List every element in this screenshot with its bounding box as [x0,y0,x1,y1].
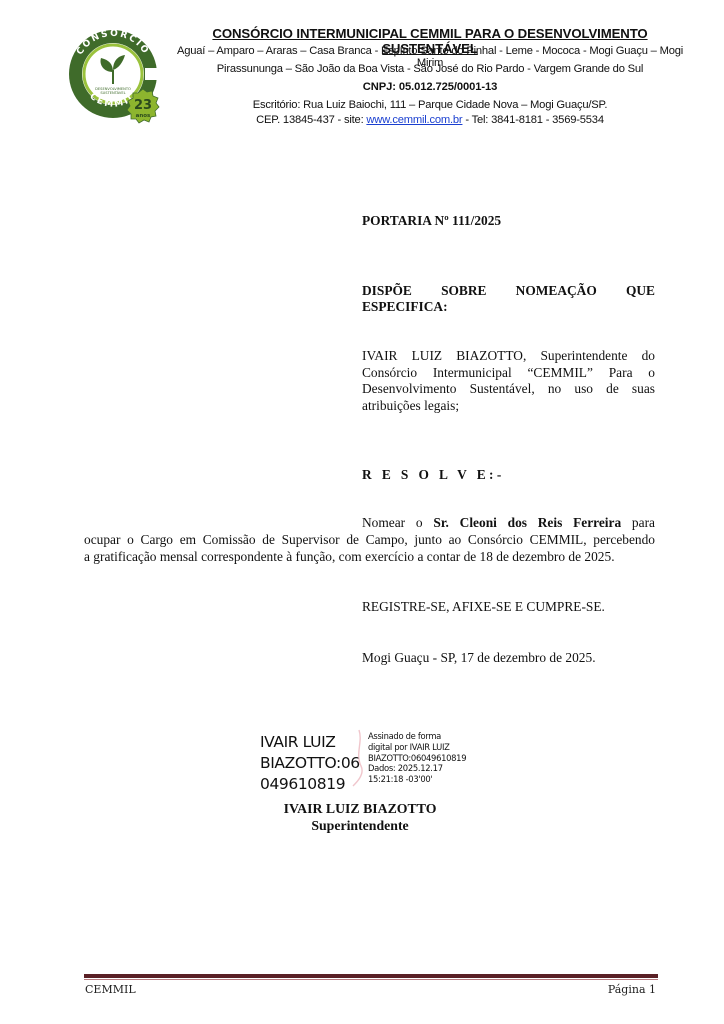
resolve-heading: R E S O L V E:- [362,467,655,483]
preamble-line: Consórcio Intermunicipal “CEMMIL” Para o [362,365,655,382]
preamble-line: Desenvolvimento Sustentável, no uso de s… [362,381,655,398]
preamble-line: atribuições legais; [362,398,655,415]
subject-line-2: ESPECIFICA: [362,299,655,315]
appointment-line-2: ocupar o Cargo em Comissão de Supervisor… [84,532,655,548]
contact-line: CEP. 13845-437 - site: www.cemmil.com.br… [172,114,688,126]
phone-numbers: - Tel: 3841-8181 - 3569-5534 [462,114,603,126]
footer-divider [84,974,658,978]
office-address: Escritório: Rua Luiz Baiochi, 111 – Parq… [172,99,688,111]
signature-detail-line: 15:21:18 -03'00' [368,774,466,785]
appointee-name: Sr. Cleoni dos Reis Ferreira [433,515,621,530]
signer-name: IVAIR LUIZ BIAZOTTO [250,801,470,817]
digital-signature-name: IVAIR LUIZ BIAZOTTO:06 049610819 [260,732,360,795]
signature-detail-line: BIAZOTTO:06049610819 [368,753,466,764]
appointment-line-3: a gratificação mensal correspondente à f… [84,549,655,565]
svg-text:anos: anos [136,113,151,119]
appointment-suffix: para [621,515,655,530]
signature-detail-line: Dados: 2025.12.17 [368,763,466,774]
page-number: Página 1 [608,983,656,996]
signature-detail-line: digital por IVAIR LUIZ [368,742,466,753]
footer-divider-thin [84,979,658,980]
appointment-line-1: Nomear o Sr. Cleoni dos Reis Ferreira pa… [362,515,655,531]
signature-name-line: BIAZOTTO:06 [260,753,360,774]
signature-detail-line: Assinado de forma [368,731,466,742]
website-link[interactable]: www.cemmil.com.br [366,114,462,126]
portaria-number: PORTARIA Nº 111/2025 [362,213,655,229]
signature-name-line: IVAIR LUIZ [260,732,360,753]
cnpj: CNPJ: 05.012.725/0001-13 [172,81,688,93]
cemmil-logo: CONSÓRCIO CEMMIL DESENVOLVIMENTO SUSTENT… [63,22,173,130]
preamble: IVAIR LUIZ BIAZOTTO, Superintendente do … [362,348,655,414]
svg-text:SUSTENTÁVEL: SUSTENTÁVEL [100,90,125,95]
signer-role: Superintendente [250,818,470,834]
appointment-prefix: Nomear o [362,515,433,530]
cemmil-consortium-seal-icon: CONSÓRCIO CEMMIL DESENVOLVIMENTO SUSTENT… [63,22,173,130]
postal-code: CEP. 13845-437 - site: [256,114,366,126]
digital-signature-details: Assinado de forma digital por IVAIR LUIZ… [368,731,466,785]
member-cities-line-2: Pirassununga – São João da Boa Vista - S… [172,63,688,75]
preamble-line: IVAIR LUIZ BIAZOTTO, Superintendente do [362,348,655,365]
place-and-date: Mogi Guaçu - SP, 17 de dezembro de 2025. [362,650,655,666]
footer-org-name: CEMMIL [85,983,136,996]
registre-clause: REGISTRE-SE, AFIXE-SE E CUMPRE-SE. [362,599,655,615]
subject-line-1: DISPÕE SOBRE NOMEAÇÃO QUE [362,283,655,299]
svg-text:23: 23 [134,98,152,113]
signature-name-line: 049610819 [260,774,360,795]
